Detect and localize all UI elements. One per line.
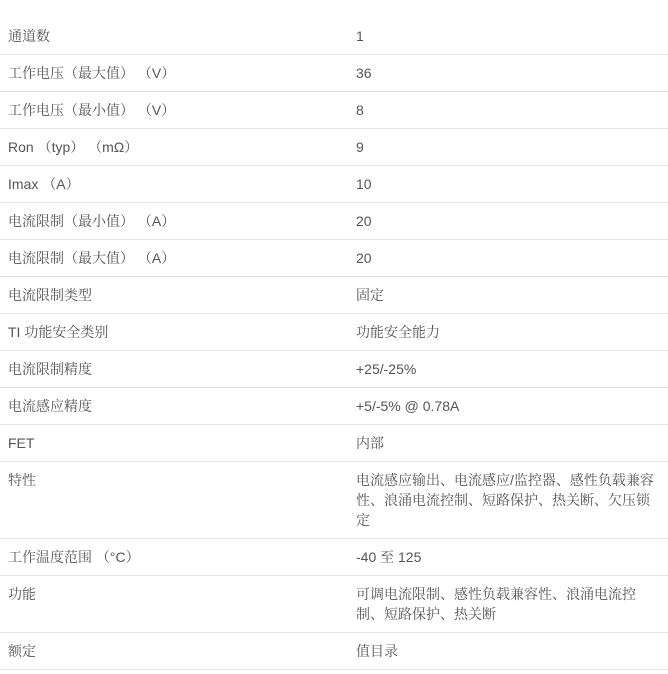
spec-value: 可调电流限制、感性负载兼容性、浪涌电流控制、短路保护、热关断 (356, 584, 668, 624)
spec-label: 工作电压（最大值） （V） (0, 63, 356, 83)
spec-table: 通道数 1 工作电压（最大值） （V） 36 工作电压（最小值） （V） 8 R… (0, 0, 668, 670)
spec-value: 36 (356, 63, 668, 83)
spec-label: 工作温度范围 （°C） (0, 547, 356, 567)
spec-value: 值目录 (356, 641, 668, 661)
spec-label: Imax （A） (0, 174, 356, 194)
spec-row-operating-voltage-max: 工作电压（最大值） （V） 36 (0, 55, 668, 92)
spec-value: 9 (356, 137, 668, 157)
spec-row-features: 特性 电流感应输出、电流感应/监控器、感性负载兼容性、浪涌电流控制、短路保护、热… (0, 462, 668, 539)
spec-label: 工作电压（最小值） （V） (0, 100, 356, 120)
spec-row-current-limit-min: 电流限制（最小值） （A） 20 (0, 203, 668, 240)
spec-label: Ron （typ） （mΩ） (0, 137, 356, 157)
spec-row-function: 功能 可调电流限制、感性负载兼容性、浪涌电流控制、短路保护、热关断 (0, 576, 668, 633)
spec-value: 20 (356, 211, 668, 231)
spec-row-operating-temp-range: 工作温度范围 （°C） -40 至 125 (0, 539, 668, 576)
spec-row-current-limit-max: 电流限制（最大值） （A） 20 (0, 240, 668, 277)
spec-label: 通道数 (0, 26, 356, 46)
spec-label: 电流限制精度 (0, 359, 356, 379)
spec-row-ron-typ: Ron （typ） （mΩ） 9 (0, 129, 668, 166)
spec-value: 20 (356, 248, 668, 268)
spec-label: 特性 (0, 470, 356, 490)
spec-row-channel-count: 通道数 1 (0, 18, 668, 55)
spec-label: 功能 (0, 584, 356, 604)
spec-label: 电流限制类型 (0, 285, 356, 305)
spec-value: -40 至 125 (356, 547, 668, 567)
spec-value: +5/-5% @ 0.78A (356, 396, 668, 416)
spec-value: 电流感应输出、电流感应/监控器、感性负载兼容性、浪涌电流控制、短路保护、热关断、… (356, 470, 668, 530)
spec-row-current-sense-accuracy: 电流感应精度 +5/-5% @ 0.78A (0, 388, 668, 425)
spec-value: 8 (356, 100, 668, 120)
spec-row-operating-voltage-min: 工作电压（最小值） （V） 8 (0, 92, 668, 129)
spec-value: 10 (356, 174, 668, 194)
spec-value: 1 (356, 26, 668, 46)
spec-value: 内部 (356, 433, 668, 453)
spec-row-current-limit-accuracy: 电流限制精度 +25/-25% (0, 351, 668, 388)
spec-value: +25/-25% (356, 359, 668, 379)
spec-row-ti-functional-safety: TI 功能安全类别 功能安全能力 (0, 314, 668, 351)
spec-row-imax: Imax （A） 10 (0, 166, 668, 203)
spec-value: 功能安全能力 (356, 322, 668, 342)
spec-page: 通道数 1 工作电压（最大值） （V） 36 工作电压（最小值） （V） 8 R… (0, 0, 668, 674)
spec-label: 额定 (0, 641, 356, 661)
spec-label: 电流感应精度 (0, 396, 356, 416)
spec-label: 电流限制（最小值） （A） (0, 211, 356, 231)
spec-label: TI 功能安全类别 (0, 322, 356, 342)
spec-label: 电流限制（最大值） （A） (0, 248, 356, 268)
spec-row-rating: 额定 值目录 (0, 633, 668, 670)
spec-row-fet: FET 内部 (0, 425, 668, 462)
spec-value: 固定 (356, 285, 668, 305)
spec-row-current-limit-type: 电流限制类型 固定 (0, 277, 668, 314)
spec-label: FET (0, 433, 356, 453)
